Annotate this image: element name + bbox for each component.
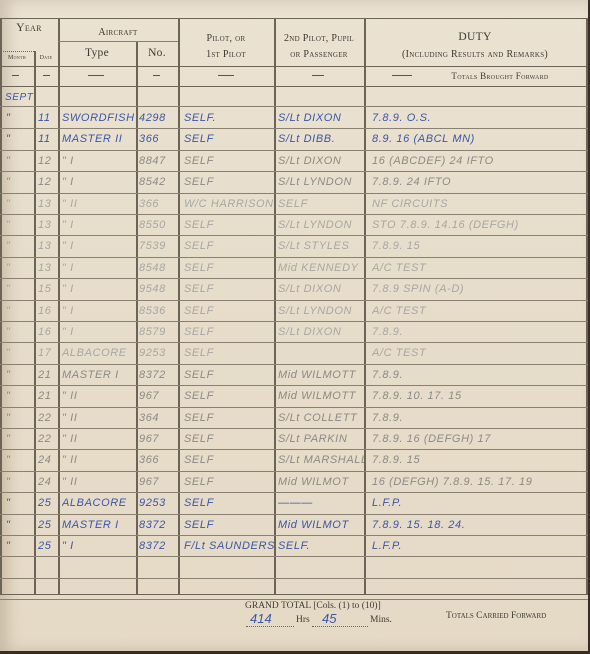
cell-date: 25 xyxy=(38,537,58,555)
cell-type: " II xyxy=(62,387,136,405)
cell-no: 967 xyxy=(139,387,177,405)
cell-type: " I xyxy=(62,280,136,298)
cell-month: " xyxy=(6,195,32,213)
cell-type: " I xyxy=(62,302,136,320)
cell-pilot: SELF xyxy=(184,344,274,362)
cell-month: " xyxy=(6,344,32,362)
cell-second xyxy=(278,344,364,362)
table-row: "21" II967SELFMid WILMOTT7.8.9. 10. 17. … xyxy=(0,385,588,405)
header-year: Year xyxy=(0,22,58,34)
cell-no: 9253 xyxy=(139,344,177,362)
cell-type: " I xyxy=(62,259,136,277)
cell-month: " xyxy=(6,130,32,148)
grand-total-hours: 414 xyxy=(250,611,272,626)
cell-no: 366 xyxy=(139,195,177,213)
hrs-label: Hrs xyxy=(296,615,310,625)
cell-month: " xyxy=(6,366,32,384)
table-row: "25MASTER I8372SELFMid WILMOT7.8.9. 15. … xyxy=(0,514,588,534)
cell-pilot: SELF xyxy=(184,323,274,341)
table-row: "25ALBACORE9253SELF———L.F.P. xyxy=(0,492,588,512)
cell-pilot: SELF. xyxy=(184,109,274,127)
cell-pilot: SELF xyxy=(184,130,274,148)
cell-second: SELF xyxy=(278,195,364,213)
cell-date: 22 xyxy=(38,409,58,427)
cell-month: " xyxy=(6,409,32,427)
cell-type: " I xyxy=(62,173,136,191)
header-second-pilot-line1: 2nd Pilot, Pupil xyxy=(274,33,364,44)
cell-type: MASTER I xyxy=(62,366,136,384)
cell-duty: 7.8.9 SPIN (A-D) xyxy=(372,280,584,298)
header-aircraft: Aircraft xyxy=(58,27,178,38)
table-row: "11SWORDFISH4298SELF.S/Lt DIXON7.8.9. O.… xyxy=(0,107,588,127)
mins-label: Mins. xyxy=(370,615,392,625)
cell-type: MASTER I xyxy=(62,516,136,534)
cell-date: 24 xyxy=(38,451,58,469)
cell-date: 15 xyxy=(38,280,58,298)
cell-duty: L.F.P. xyxy=(372,494,584,512)
table-row: "16" I8579SELFS/Lt DIXON7.8.9. xyxy=(0,321,588,341)
cell-month: " xyxy=(6,516,32,534)
cell-month: " xyxy=(6,216,32,234)
cell-date: 13 xyxy=(38,237,58,255)
cell-duty: 7.8.9. xyxy=(372,323,584,341)
cell-pilot: F/Lt SAUNDERS xyxy=(184,537,274,555)
cell-pilot: SELF xyxy=(184,216,274,234)
cell-date: 21 xyxy=(38,366,58,384)
header-duty-sub: (Including Results and Remarks) xyxy=(364,49,586,60)
cell-second: S/Lt LYNDON xyxy=(278,173,364,191)
cell-date: 17 xyxy=(38,344,58,362)
cell-no: 8550 xyxy=(139,216,177,234)
header-pilot-line2: 1st Pilot xyxy=(178,49,274,60)
cell-pilot: SELF xyxy=(184,280,274,298)
cell-pilot: SELF xyxy=(184,302,274,320)
cell-duty: A/C TEST xyxy=(372,259,584,277)
cell-month: " xyxy=(6,237,32,255)
cell-date: 21 xyxy=(38,387,58,405)
cell-duty: 7.8.9. 15 xyxy=(372,237,584,255)
cell-pilot: SELF xyxy=(184,473,274,491)
cell-duty: NF CIRCUITS xyxy=(372,195,584,213)
cell-month: " xyxy=(6,537,32,555)
cell-second: ——— xyxy=(278,494,364,512)
cell-no: 8372 xyxy=(139,516,177,534)
table-row: "13" I8548SELFMid KENNEDYA/C TEST xyxy=(0,257,588,277)
table-row: "24" II967SELFMid WILMOT16 (DEFGH) 7.8.9… xyxy=(0,471,588,491)
table-row: "21MASTER I8372SELFMid WILMOTT7.8.9. xyxy=(0,364,588,384)
cell-second: Mid WILMOT xyxy=(278,473,364,491)
cell-type: MASTER II xyxy=(62,130,136,148)
cell-no: 8548 xyxy=(139,259,177,277)
cell-no: 4298 xyxy=(139,109,177,127)
cell-duty: STO 7.8.9. 14.16 (DEFGH) xyxy=(372,216,584,234)
table-row: "11MASTER II366SELFS/Lt DIBB.8.9. 16 (AB… xyxy=(0,128,588,148)
month-label: SEPT xyxy=(5,89,34,107)
cell-second: S/Lt DIXON xyxy=(278,109,364,127)
cell-second: S/Lt DIXON xyxy=(278,280,364,298)
cell-pilot: SELF xyxy=(184,494,274,512)
cell-type: " II xyxy=(62,473,136,491)
cell-month: " xyxy=(6,494,32,512)
table-row: "16" I8536SELFS/Lt LYNDONA/C TEST xyxy=(0,300,588,320)
cell-duty: 16 (ABCDEF) 24 IFTO xyxy=(372,152,584,170)
cell-duty: A/C TEST xyxy=(372,344,584,362)
cell-second: S/Lt LYNDON xyxy=(278,216,364,234)
cell-month: " xyxy=(6,323,32,341)
header-date: Date xyxy=(34,55,58,61)
cell-pilot: W/C HARRISON xyxy=(184,195,274,213)
totals-carried-forward: Totals Carried Forward xyxy=(446,611,546,621)
cell-pilot: SELF xyxy=(184,259,274,277)
cell-date: 16 xyxy=(38,302,58,320)
cell-pilot: SELF xyxy=(184,173,274,191)
header-no: No. xyxy=(136,47,178,59)
cell-duty: 7.8.9. 15. 18. 24. xyxy=(372,516,584,534)
cell-type: ALBACORE xyxy=(62,494,136,512)
cell-type: " II xyxy=(62,409,136,427)
logbook-grid: Year Month Date Aircraft Type No. Pilot,… xyxy=(0,18,588,595)
cell-second: S/Lt MARSHALL xyxy=(278,451,364,469)
cell-no: 8536 xyxy=(139,302,177,320)
cell-second: S/Lt COLLETT xyxy=(278,409,364,427)
cell-month: " xyxy=(6,451,32,469)
cell-second: S/Lt LYNDON xyxy=(278,302,364,320)
cell-duty: 7.8.9. O.S. xyxy=(372,109,584,127)
cell-second: Mid WILMOT xyxy=(278,516,364,534)
table-row: "22" II967SELFS/Lt PARKIN7.8.9. 16 (DEFG… xyxy=(0,428,588,448)
cell-second: Mid KENNEDY xyxy=(278,259,364,277)
cell-month: " xyxy=(6,152,32,170)
cell-date: 12 xyxy=(38,173,58,191)
table-row: "13" I7539SELFS/Lt STYLES7.8.9. 15 xyxy=(0,235,588,255)
cell-month: " xyxy=(6,173,32,191)
cell-second: S/Lt STYLES xyxy=(278,237,364,255)
cell-month: " xyxy=(6,302,32,320)
cell-pilot: SELF xyxy=(184,516,274,534)
cell-type: " II xyxy=(62,430,136,448)
table-row: "22" II364SELFS/Lt COLLETT7.8.9. xyxy=(0,407,588,427)
cell-second: S/Lt DIBB. xyxy=(278,130,364,148)
cell-type: SWORDFISH xyxy=(62,109,136,127)
cell-type: ALBACORE xyxy=(62,344,136,362)
cell-month: " xyxy=(6,430,32,448)
cell-date: 22 xyxy=(38,430,58,448)
cell-month: " xyxy=(6,109,32,127)
header-month: Month xyxy=(0,55,34,61)
cell-no: 8542 xyxy=(139,173,177,191)
grand-total-minutes: 45 xyxy=(322,611,336,626)
cell-second: Mid WILMOTT xyxy=(278,387,364,405)
cell-duty: 7.8.9. 15 xyxy=(372,451,584,469)
cell-type: " I xyxy=(62,323,136,341)
cell-no: 9548 xyxy=(139,280,177,298)
cell-no: 967 xyxy=(139,473,177,491)
cell-no: 8372 xyxy=(139,537,177,555)
cell-no: 364 xyxy=(139,409,177,427)
cell-no: 8372 xyxy=(139,366,177,384)
header-second-pilot-line2: or Passenger xyxy=(274,49,364,60)
cell-date: 11 xyxy=(38,130,58,148)
cell-no: 8579 xyxy=(139,323,177,341)
table-row: "13" I8550SELFS/Lt LYNDONSTO 7.8.9. 14.1… xyxy=(0,214,588,234)
cell-date: 11 xyxy=(38,109,58,127)
cell-type: " I xyxy=(62,537,136,555)
table-row: "12" I8542SELFS/Lt LYNDON7.8.9. 24 IFTO xyxy=(0,171,588,191)
empty-row xyxy=(0,556,588,576)
cell-duty: 8.9. 16 (ABCL MN) xyxy=(372,130,584,148)
table-row: "15" I9548SELFS/Lt DIXON7.8.9 SPIN (A-D) xyxy=(0,278,588,298)
cell-no: 366 xyxy=(139,451,177,469)
table-row: "24" II366SELFS/Lt MARSHALL7.8.9. 15 xyxy=(0,449,588,469)
cell-month: " xyxy=(6,259,32,277)
cell-month: " xyxy=(6,280,32,298)
cell-duty: L.F.P. xyxy=(372,537,584,555)
cell-second: S/Lt DIXON xyxy=(278,323,364,341)
cell-no: 967 xyxy=(139,430,177,448)
cell-type: " I xyxy=(62,216,136,234)
grand-total-label: GRAND TOTAL [Cols. (1) to (10)] xyxy=(245,601,381,611)
cell-date: 25 xyxy=(38,516,58,534)
logbook-page: Year Month Date Aircraft Type No. Pilot,… xyxy=(0,0,588,651)
cell-date: 12 xyxy=(38,152,58,170)
cell-date: 24 xyxy=(38,473,58,491)
table-row: "13" II366W/C HARRISONSELFNF CIRCUITS xyxy=(0,193,588,213)
cell-second: SELF. xyxy=(278,537,364,555)
cell-type: " I xyxy=(62,152,136,170)
cell-duty: 7.8.9. 24 IFTO xyxy=(372,173,584,191)
cell-no: 7539 xyxy=(139,237,177,255)
cell-date: 13 xyxy=(38,259,58,277)
cell-pilot: SELF xyxy=(184,366,274,384)
cell-type: " II xyxy=(62,451,136,469)
table-row: "25" I8372F/Lt SAUNDERSSELF.L.F.P. xyxy=(0,535,588,555)
cell-second: S/Lt DIXON xyxy=(278,152,364,170)
cell-date: 13 xyxy=(38,195,58,213)
cell-month: " xyxy=(6,387,32,405)
cell-pilot: SELF xyxy=(184,152,274,170)
table-row: "12" I8847SELFS/Lt DIXON16 (ABCDEF) 24 I… xyxy=(0,150,588,170)
empty-row xyxy=(0,578,588,598)
cell-type: " II xyxy=(62,195,136,213)
cell-month: " xyxy=(6,473,32,491)
cell-pilot: SELF xyxy=(184,451,274,469)
cell-pilot: SELF xyxy=(184,409,274,427)
header-type: Type xyxy=(58,47,136,59)
cell-second: Mid WILMOTT xyxy=(278,366,364,384)
cell-duty: 7.8.9. 16 (DEFGH) 17 xyxy=(372,430,584,448)
cell-date: 13 xyxy=(38,216,58,234)
cell-pilot: SELF xyxy=(184,237,274,255)
cell-duty: 7.8.9. xyxy=(372,366,584,384)
cell-duty: 16 (DEFGH) 7.8.9. 15. 17. 19 xyxy=(372,473,584,491)
cell-pilot: SELF xyxy=(184,387,274,405)
cell-date: 25 xyxy=(38,494,58,512)
cell-no: 366 xyxy=(139,130,177,148)
totals-brought-forward: Totals Brought Forward xyxy=(420,71,580,81)
cell-pilot: SELF xyxy=(184,430,274,448)
cell-duty: 7.8.9. xyxy=(372,409,584,427)
cell-second: S/Lt PARKIN xyxy=(278,430,364,448)
cell-no: 8847 xyxy=(139,152,177,170)
cell-type: " I xyxy=(62,237,136,255)
header-duty: DUTY xyxy=(364,31,586,43)
cell-duty: 7.8.9. 10. 17. 15 xyxy=(372,387,584,405)
header-pilot-line1: Pilot, or xyxy=(178,33,274,44)
cell-no: 9253 xyxy=(139,494,177,512)
table-row: "17ALBACORE9253SELFA/C TEST xyxy=(0,342,588,362)
cell-duty: A/C TEST xyxy=(372,302,584,320)
cell-date: 16 xyxy=(38,323,58,341)
